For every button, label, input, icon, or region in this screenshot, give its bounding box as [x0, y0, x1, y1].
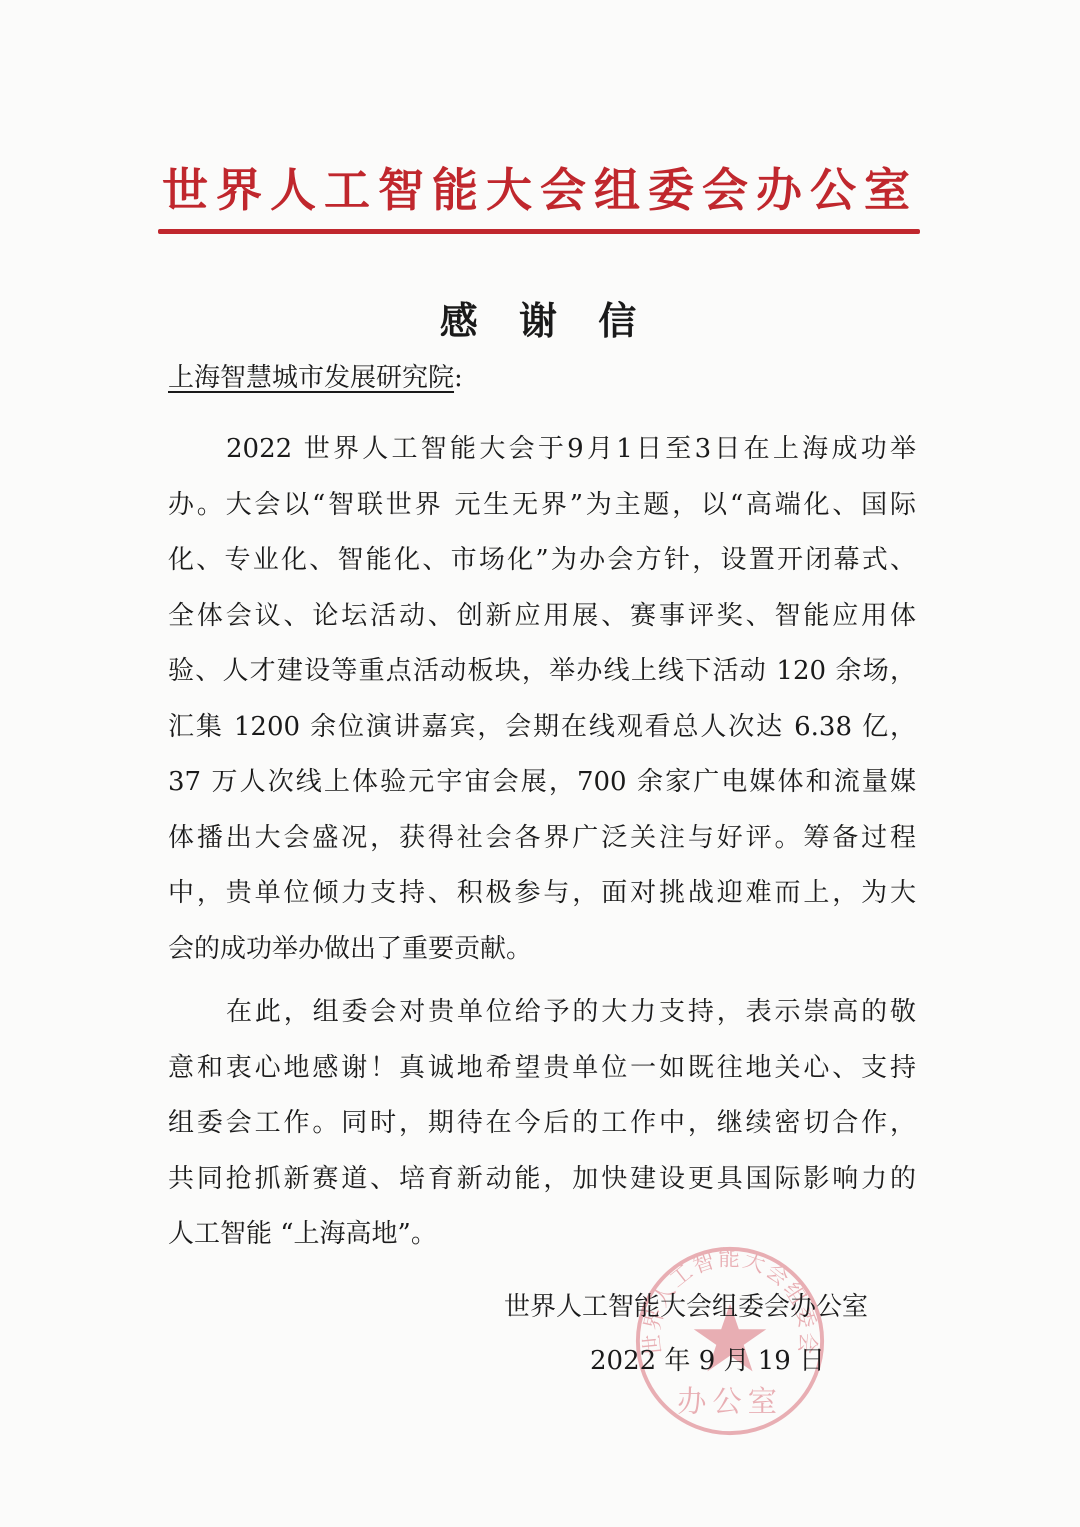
signature-org: 世界人工智能大会组委会办公室: [504, 1287, 868, 1327]
text-line: 在此，组委会对贵单位给予的大力支持，表示崇高的敬: [168, 985, 916, 1041]
text-line: 会的成功举办做出了重要贡献。: [168, 922, 916, 978]
letterhead-title: 世界人工智能大会组委会办公室: [160, 160, 920, 220]
text-line: 中，贵单位倾力支持、积极参与，面对挑战迎难而上，为大: [168, 866, 916, 922]
text-line: 37 万人次线上体验元宇宙会展，700 余家广电媒体和流量媒: [168, 755, 916, 811]
text-line: 共同抢抓新赛道、培育新动能，加快建设更具国际影响力的: [168, 1152, 916, 1208]
text-line: 组委会工作。同时，期待在今后的工作中，继续密切合作，: [168, 1096, 916, 1152]
recipient-name: 上海智慧城市发展研究院: [168, 363, 454, 393]
paragraph-2: 在此，组委会对贵单位给予的大力支持，表示崇高的敬 意和衷心地感谢！真诚地希望贵单…: [168, 985, 916, 1263]
document-title: 感 谢 信: [0, 296, 1080, 346]
text-line: 意和衷心地感谢！真诚地希望贵单位一如既往地关心、支持: [168, 1041, 916, 1097]
signature-date: 2022 年 9 月 19 日: [590, 1341, 825, 1381]
text-line: 全体会议、论坛活动、创新应用展、赛事评奖、智能应用体: [168, 589, 916, 645]
recipient-colon: :: [454, 363, 463, 393]
letter-body: 2022 世界人工智能大会于9月1日至3日在上海成功举 办。大会以“智联世界 元…: [168, 422, 916, 1263]
paragraph-1: 2022 世界人工智能大会于9月1日至3日在上海成功举 办。大会以“智联世界 元…: [168, 422, 916, 977]
text-line: 2022 世界人工智能大会于9月1日至3日在上海成功举: [168, 422, 916, 478]
text-line: 验、人才建设等重点活动板块，举办线上线下活动 120 余场，: [168, 644, 916, 700]
text-line: 化、专业化、智能化、市场化”为办会方针，设置开闭幕式、: [168, 533, 916, 589]
recipient-line: 上海智慧城市发展研究院:: [168, 358, 463, 398]
letterhead-divider: [158, 229, 920, 234]
text-line: 体播出大会盛况，获得社会各界广泛关注与好评。筹备过程: [168, 811, 916, 867]
text-line: 办。大会以“智联世界 元生无界”为主题，以“高端化、国际: [168, 478, 916, 534]
svg-text:办公室: 办公室: [677, 1385, 783, 1419]
text-line: 汇集 1200 余位演讲嘉宾，会期在线观看总人次达 6.38 亿，: [168, 700, 916, 756]
